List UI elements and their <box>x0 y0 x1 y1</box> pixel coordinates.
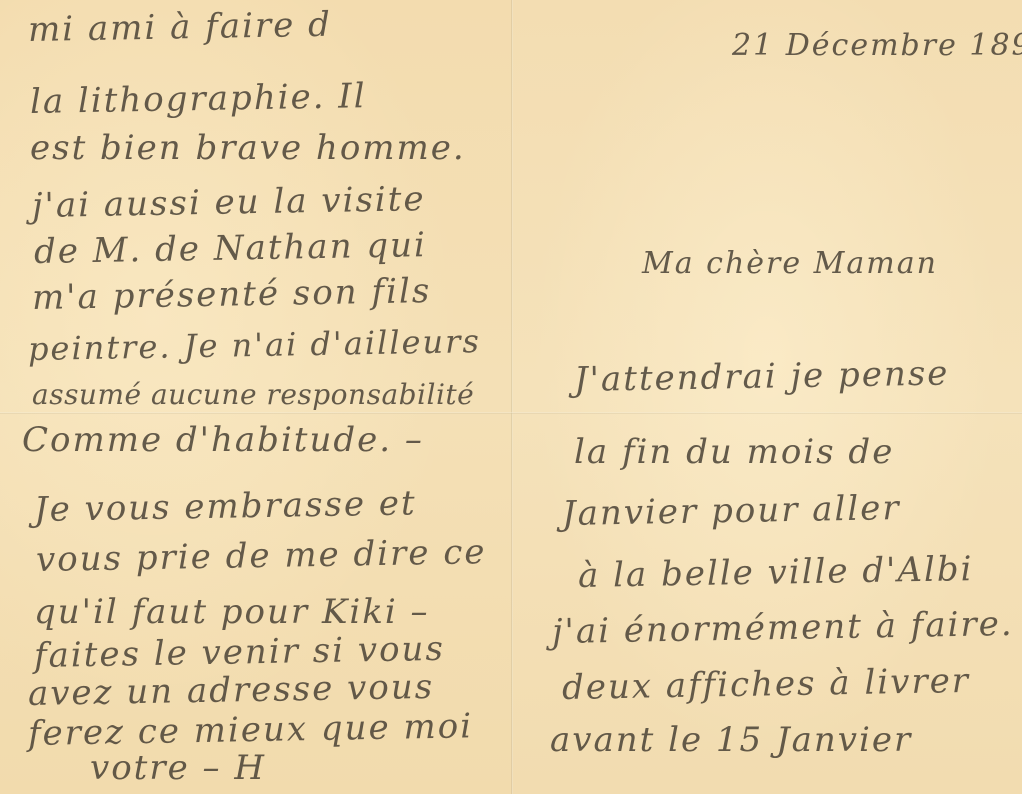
handwritten-line: la lithographie. Il <box>30 76 367 122</box>
handwritten-line: peintre. Je n'ai d'ailleurs <box>28 322 481 368</box>
handwritten-line: mi ami à faire d <box>28 5 333 50</box>
handwritten-line: m'a présenté son fils <box>32 271 432 318</box>
salutation: Ma chère Maman <box>642 246 938 281</box>
paper-fold-line <box>0 412 1022 414</box>
letter-date: 21 Décembre 1893 <box>732 28 1022 63</box>
handwritten-line: qu'il faut pour Kiki – <box>34 592 430 632</box>
letter-page-left: mi ami à faire d la lithographie. Il est… <box>0 0 512 794</box>
handwritten-line: ferez ce mieux que moi <box>28 706 474 754</box>
handwritten-line: est bien brave homme. <box>30 128 466 168</box>
handwritten-line: j'ai énormément à faire. <box>552 604 1014 652</box>
handwritten-line: assumé aucune responsabilité <box>32 378 474 411</box>
signature-line: votre – H <box>90 748 266 788</box>
handwritten-line: j'ai aussi eu la visite <box>32 179 426 226</box>
handwritten-line: avez un adresse vous <box>28 667 435 714</box>
handwritten-line: avant le 15 Janvier <box>550 720 912 760</box>
handwritten-line: de M. de Nathan qui <box>34 225 428 272</box>
handwritten-line: Comme d'habitude. – <box>22 420 424 460</box>
letter-page-right: 21 Décembre 1893 Ma chère Maman J'attend… <box>512 0 1022 794</box>
handwritten-line: deux affiches à livrer <box>562 661 971 708</box>
handwritten-line: vous prie de me dire ce <box>36 532 487 580</box>
handwritten-line: J'attendrai je pense <box>574 353 950 400</box>
handwritten-line: à la belle ville d'Albi <box>578 549 974 596</box>
letter-scan: mi ami à faire d la lithographie. Il est… <box>0 0 1022 794</box>
handwritten-line: la fin du mois de <box>574 432 894 472</box>
page-divider <box>511 0 513 794</box>
handwritten-line: Janvier pour aller <box>562 488 901 534</box>
handwritten-line: Je vous embrasse et <box>34 483 417 530</box>
